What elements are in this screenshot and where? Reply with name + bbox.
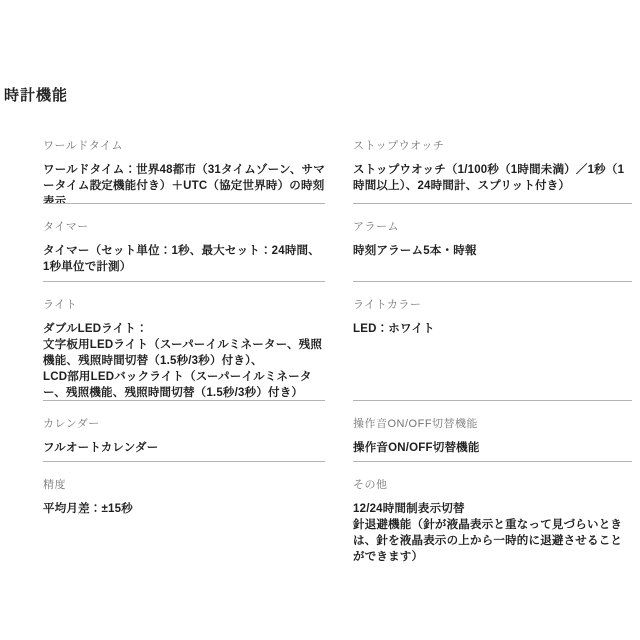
spec-section-other: その他 12/24時間制表示切替 針退避機能（針が液晶表示と重なって見づらいとき… <box>353 462 632 565</box>
spec-value: ワールドタイム：世界48都市（31タイムゾーン、サマータイム設定機能付き）＋UT… <box>43 162 325 204</box>
spec-label: ストップウオッチ <box>353 138 632 154</box>
spec-section-button-tone: 操作音ON/OFF切替機能 操作音ON/OFF切替機能 <box>353 401 632 462</box>
spec-value: 平均月差：±15秒 <box>43 501 325 517</box>
spec-label: アラーム <box>353 219 632 235</box>
spec-value: 操作音ON/OFF切替機能 <box>353 440 632 456</box>
spec-label: 操作音ON/OFF切替機能 <box>353 416 632 432</box>
spec-section-stopwatch: ストップウオッチ ストップウオッチ（1/100秒（1時間未満）／1秒（1時間以上… <box>353 123 632 204</box>
spec-label: その他 <box>353 477 632 493</box>
spec-page: 時計機能 ワールドタイム ワールドタイム：世界48都市（31タイムゾーン、サマー… <box>0 0 640 640</box>
spec-table: ワールドタイム ワールドタイム：世界48都市（31タイムゾーン、サマータイム設定… <box>43 123 632 565</box>
spec-label: タイマー <box>43 219 325 235</box>
spec-label: 精度 <box>43 477 325 493</box>
spec-section-timer: タイマー タイマー（セット単位：1秒、最大セット：24時間、1秒単位で計測） <box>43 204 325 282</box>
spec-section-calendar: カレンダー フルオートカレンダー <box>43 401 325 462</box>
spec-label: カレンダー <box>43 416 325 432</box>
spec-section-light-color: ライトカラー LED：ホワイト <box>353 282 632 401</box>
spec-value: 時刻アラーム5本・時報 <box>353 243 632 259</box>
spec-value: LED：ホワイト <box>353 321 632 337</box>
spec-section-light: ライト ダブルLEDライト： 文字板用LEDライト（スーパーイルミネーター、残照… <box>43 282 325 401</box>
spec-section-world-time: ワールドタイム ワールドタイム：世界48都市（31タイムゾーン、サマータイム設定… <box>43 123 325 204</box>
spec-value: ダブルLEDライト： 文字板用LEDライト（スーパーイルミネーター、残照機能、残… <box>43 321 325 401</box>
spec-section-accuracy: 精度 平均月差：±15秒 <box>43 462 325 565</box>
spec-label: ライト <box>43 297 325 313</box>
spec-value: タイマー（セット単位：1秒、最大セット：24時間、1秒単位で計測） <box>43 243 325 275</box>
spec-label: ライトカラー <box>353 297 632 313</box>
spec-section-alarm: アラーム 時刻アラーム5本・時報 <box>353 204 632 282</box>
spec-value: 12/24時間制表示切替 針退避機能（針が液晶表示と重なって見づらいときは、針を… <box>353 501 632 565</box>
page-title: 時計機能 <box>4 87 632 104</box>
spec-value: ストップウオッチ（1/100秒（1時間未満）／1秒（1時間以上）、24時間計、ス… <box>353 162 632 194</box>
spec-value: フルオートカレンダー <box>43 440 325 456</box>
spec-label: ワールドタイム <box>43 138 325 154</box>
